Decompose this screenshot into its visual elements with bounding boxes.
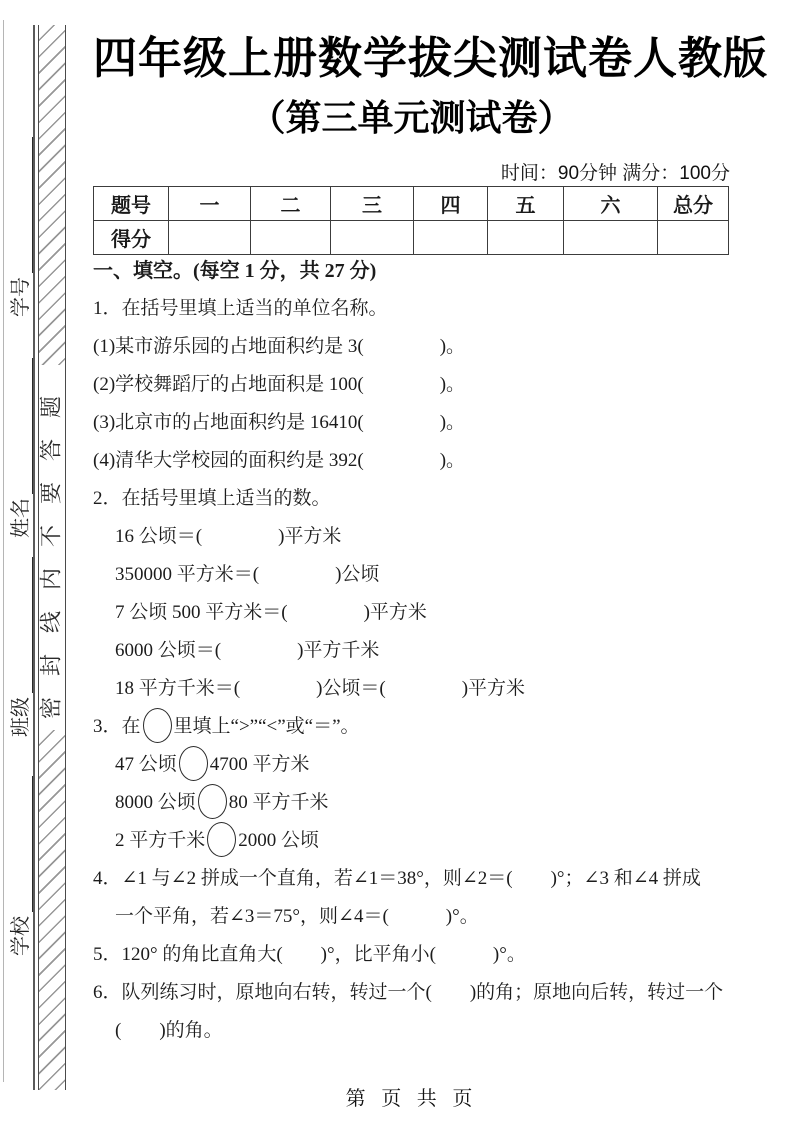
student-number-blank-line	[10, 137, 33, 273]
content-column: 四年级上册数学拔尖测试卷人教版 （第三单元测试卷） 时间：90分钟 满分：100…	[93, 0, 730, 1122]
score-header-cell: 五	[488, 187, 564, 221]
q1-item-3: (3)北京市的占地面积约是 16410( )。	[93, 404, 730, 442]
questions-body: 一、填空。(每空 1 分，共 27 分) 1．在括号里填上适当的单位名称。 (1…	[93, 252, 730, 1050]
student-name-field: 姓名	[5, 358, 33, 538]
score-header-cell: 四	[414, 187, 488, 221]
q1-stem: 1．在括号里填上适当的单位名称。	[93, 290, 730, 328]
q3-item-2-left: 8000 公顷	[115, 792, 196, 813]
q5-text: 5．120° 的角比直角大( )°，比平角小( )°。	[93, 936, 730, 974]
score-blank-cell	[169, 221, 251, 255]
seal-band-outer-line	[33, 25, 35, 1090]
seal-warning-text: 密封线内不要答题	[38, 366, 66, 729]
comparison-circle-icon	[143, 708, 172, 743]
class-label: 班级	[9, 697, 33, 737]
q3-stem-right: 里填上“>”“<”或“＝”。	[174, 716, 360, 737]
q3-item-1-left: 47 公顷	[115, 754, 177, 775]
q6-line-2: ( )的角。	[93, 1012, 730, 1050]
score-blank-cell	[658, 221, 729, 255]
page-edge-line	[3, 20, 4, 1082]
q2-item-1: 16 公顷＝( )平方米	[93, 518, 730, 556]
score-row-label: 得分	[94, 221, 169, 255]
section-title: 一、填空。(每空 1 分，共 27 分)	[93, 252, 730, 290]
score-blank-cell	[331, 221, 414, 255]
student-number-label: 学号	[9, 277, 33, 317]
q3-item-1: 47 公顷4700 平方米	[93, 746, 730, 784]
q3-item-2-right: 80 平方千米	[229, 792, 329, 813]
score-blank-cell	[414, 221, 488, 255]
score-table-header-row: 题号 一 二 三 四 五 六 总分	[94, 187, 729, 221]
student-name-blank-line	[10, 358, 33, 494]
q2-item-3: 7 公顷 500 平方米＝( )平方米	[93, 594, 730, 632]
page-footer: 第 页 共 页	[93, 1082, 730, 1111]
comparison-circle-icon	[198, 784, 227, 819]
q2-stem: 2．在括号里填上适当的数。	[93, 480, 730, 518]
score-header-cell: 二	[251, 187, 331, 221]
class-blank-line	[10, 557, 33, 693]
q4-line-1: 4．∠1 与∠2 拼成一个直角，若∠1＝38°，则∠2＝( )°；∠3 和∠4 …	[93, 860, 730, 898]
q3-stem-left: 3．在	[93, 716, 141, 737]
student-name-label: 姓名	[9, 498, 33, 538]
score-header-cell: 总分	[658, 187, 729, 221]
q2-item-2: 350000 平方米＝( )公顷	[93, 556, 730, 594]
q3-item-1-right: 4700 平方米	[210, 754, 310, 775]
q6-line-1: 6．队列练习时，原地向右转，转过一个( )的角；原地向后转，转过一个	[93, 974, 730, 1012]
school-blank-line	[10, 776, 33, 912]
q1-item-2: (2)学校舞蹈厅的占地面积是 100( )。	[93, 366, 730, 404]
q3-item-2: 8000 公顷80 平方千米	[93, 784, 730, 822]
score-blank-cell	[251, 221, 331, 255]
school-label: 学校	[9, 916, 33, 956]
seal-band: 密封线内不要答题	[38, 25, 66, 1090]
score-header-cell: 一	[169, 187, 251, 221]
q3-stem: 3．在里填上“>”“<”或“＝”。	[93, 708, 730, 746]
class-field: 班级	[5, 557, 33, 737]
student-number-field: 学号	[5, 137, 33, 317]
q2-item-4: 6000 公顷＝( )平方千米	[93, 632, 730, 670]
exam-paper-page: 学号 姓名 班级 学校 密封线内不要答题 四年级上册数学拔尖测试卷人教版 （第三…	[0, 0, 793, 1122]
q3-item-3: 2 平方千米2000 公顷	[93, 822, 730, 860]
score-table: 题号 一 二 三 四 五 六 总分 得分	[93, 186, 729, 255]
q1-item-1: (1)某市游乐园的占地面积约是 3( )。	[93, 328, 730, 366]
score-blank-cell	[488, 221, 564, 255]
paper-subtitle: （第三单元测试卷）	[93, 90, 730, 141]
score-header-cell: 六	[564, 187, 658, 221]
school-field: 学校	[5, 776, 33, 956]
score-header-cell: 题号	[94, 187, 169, 221]
score-blank-cell	[564, 221, 658, 255]
seal-band-hatch-top	[39, 25, 65, 365]
paper-title: 四年级上册数学拔尖测试卷人教版	[93, 22, 730, 86]
q3-item-3-right: 2000 公顷	[238, 830, 319, 851]
time-score-info: 时间：90分钟 满分：100分	[93, 158, 730, 185]
q1-item-4: (4)清华大学校园的面积约是 392( )。	[93, 442, 730, 480]
seal-band-hatch-bottom	[39, 730, 65, 1090]
q4-line-2: 一个平角，若∠3＝75°，则∠4＝( )°。	[93, 898, 730, 936]
score-header-cell: 三	[331, 187, 414, 221]
comparison-circle-icon	[207, 822, 236, 857]
score-table-score-row: 得分	[94, 221, 729, 255]
q2-item-5: 18 平方千米＝( )公顷＝( )平方米	[93, 670, 730, 708]
comparison-circle-icon	[179, 746, 208, 781]
q3-item-3-left: 2 平方千米	[115, 830, 205, 851]
